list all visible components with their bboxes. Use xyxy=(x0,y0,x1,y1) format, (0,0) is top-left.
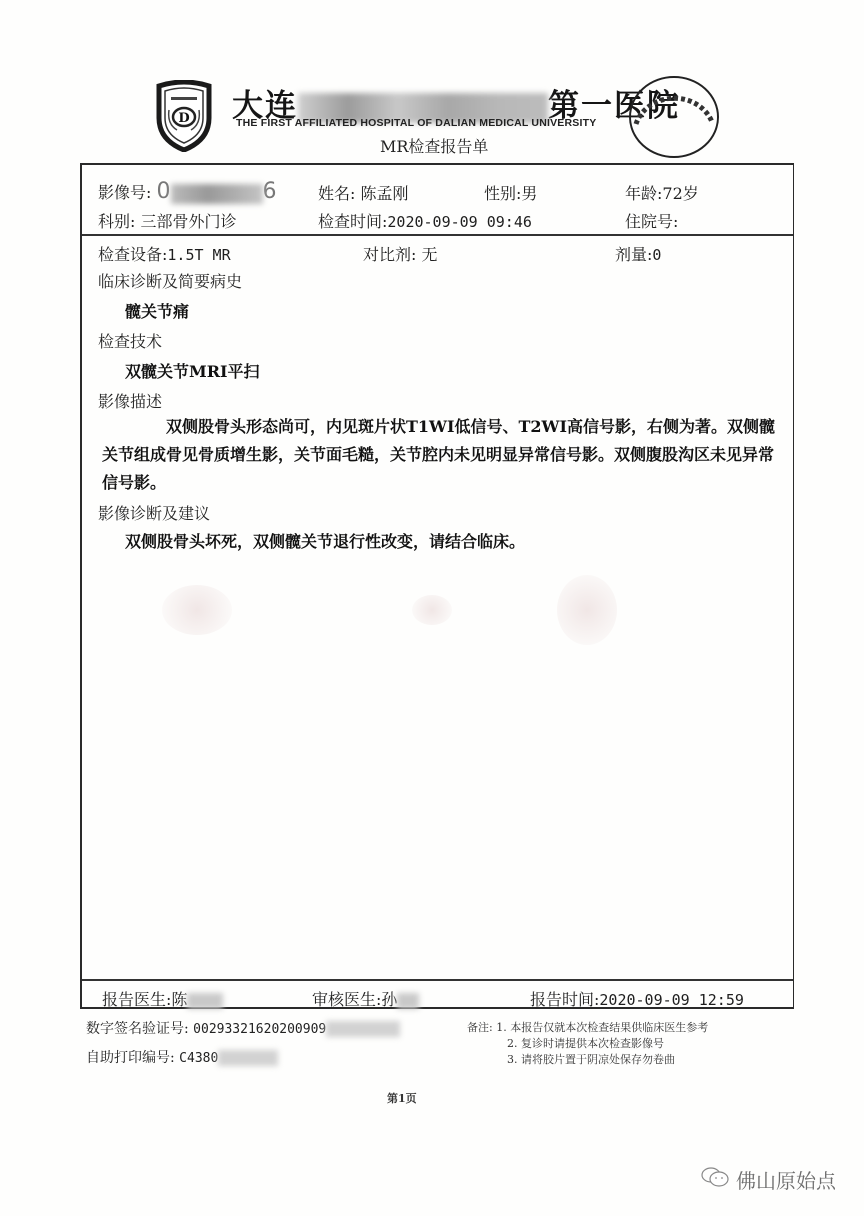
watermark: 佛山原始点 xyxy=(700,1165,836,1194)
signature-label: 数字签名验证号: xyxy=(86,1021,189,1037)
dept-value: 三部骨外门诊 xyxy=(141,212,237,231)
description-title: 影像描述 xyxy=(98,389,162,412)
inpatient-no-label: 住院号: xyxy=(625,212,678,231)
note-row: 2. 复诊时请提供本次检查影像号 xyxy=(467,1036,708,1052)
technique-body: 双髋关节MRI平扫 xyxy=(125,359,260,382)
bleed-through-mark xyxy=(162,585,232,635)
print-visible: C4380 xyxy=(179,1051,218,1066)
reporter-visible: 陈 xyxy=(171,990,187,1009)
redacted-image-no xyxy=(171,184,263,204)
reviewer-label: 审核医生: xyxy=(312,990,381,1009)
redacted-print-no xyxy=(218,1050,278,1066)
inpatient-no-field: 住院号: xyxy=(625,209,678,232)
signature-verification: 数字签名验证号: 00293321620200909 xyxy=(86,1018,400,1038)
report-time-value: 2020-09-09 12:59 xyxy=(599,991,744,1009)
exam-time-field: 检查时间:2020-09-09 09:46 xyxy=(318,209,532,232)
image-no-end: 6 xyxy=(263,179,277,204)
image-no-start: 0 xyxy=(157,179,171,204)
dose-label: 剂量: xyxy=(615,245,652,264)
signature-visible: 00293321620200909 xyxy=(193,1022,326,1037)
page-number: 第1页 xyxy=(387,1090,417,1106)
clinical-history-title: 临床诊断及简要病史 xyxy=(98,269,242,292)
note-item: 2. 复诊时请提供本次检查影像号 xyxy=(507,1037,664,1050)
technique-title: 检查技术 xyxy=(98,329,162,352)
bleed-through-mark xyxy=(412,595,452,625)
redacted-reporter xyxy=(187,993,223,1009)
reviewer-visible: 孙 xyxy=(381,990,397,1009)
image-no-label: 影像号: xyxy=(98,183,151,202)
sex-field: 性别:男 xyxy=(484,181,537,204)
contrast-field: 对比剂: 无 xyxy=(363,242,438,265)
print-label: 自助打印编号: xyxy=(86,1050,175,1066)
device-value: 1.5T MR xyxy=(167,246,230,264)
signoff-divider xyxy=(82,979,793,981)
notes-block: 备注: 1. 本报告仅就本次检查结果供临床医生参考 2. 复诊时请提供本次检查影… xyxy=(467,1020,708,1068)
note-item: 1. 本报告仅就本次检查结果供临床医生参考 xyxy=(496,1021,708,1034)
wechat-icon xyxy=(700,1165,730,1194)
header-divider xyxy=(82,234,793,236)
redacted-signature xyxy=(326,1021,400,1037)
name-field: 姓名: 陈孟刚 xyxy=(318,181,409,204)
patient-name: 陈孟刚 xyxy=(361,184,409,203)
dose-field: 剂量:0 xyxy=(615,242,661,265)
official-seal-icon xyxy=(626,72,722,162)
reporter-label: 报告医生: xyxy=(102,990,171,1009)
sex-label: 性别: xyxy=(484,184,521,203)
device-field: 检查设备:1.5T MR xyxy=(98,242,231,265)
note-item: 3. 请将胶片置于阴凉处保存勿卷曲 xyxy=(507,1053,675,1066)
description-body: 双侧股骨头形态尚可，内见斑片状T1WI低信号、T2WI高信号影，右侧为著。双侧髋… xyxy=(102,413,782,497)
age-label: 年龄: xyxy=(625,184,662,203)
notes-label: 备注: xyxy=(467,1021,493,1034)
report-time-label: 报告时间: xyxy=(530,990,599,1009)
contrast-label: 对比剂: xyxy=(363,245,416,264)
note-row: 3. 请将胶片置于阴凉处保存勿卷曲 xyxy=(467,1052,708,1068)
exam-time-value: 2020-09-09 09:46 xyxy=(387,213,532,231)
svg-text:D: D xyxy=(178,111,189,126)
dose-value: 0 xyxy=(652,246,661,264)
hospital-logo-icon: D xyxy=(155,80,213,152)
watermark-text: 佛山原始点 xyxy=(736,1165,836,1194)
exam-time-label: 检查时间: xyxy=(318,212,387,231)
note-row: 备注: 1. 本报告仅就本次检查结果供临床医生参考 xyxy=(467,1020,708,1036)
name-label: 姓名: xyxy=(318,184,355,203)
dept-field: 科别: 三部骨外门诊 xyxy=(98,209,237,232)
bleed-through-mark xyxy=(557,575,617,645)
report-frame: 影像号: 06 姓名: 陈孟刚 性别:男 年龄:72岁 科别: 三部骨外门诊 检… xyxy=(80,163,794,1009)
print-number: 自助打印编号: C4380 xyxy=(86,1047,278,1067)
patient-sex: 男 xyxy=(521,184,537,203)
age-field: 年龄:72岁 xyxy=(625,181,699,204)
hospital-name-english: THE FIRST AFFILIATED HOSPITAL OF DALIAN … xyxy=(236,117,596,129)
contrast-value: 无 xyxy=(422,245,438,264)
redacted-reviewer xyxy=(397,993,419,1009)
report-title: MR检查报告单 xyxy=(380,134,488,157)
patient-age: 72岁 xyxy=(662,184,698,203)
image-no-field: 影像号: 06 xyxy=(98,179,277,204)
reporter-field: 报告医生:陈 xyxy=(102,987,223,1010)
diagnosis-body: 双侧股骨头坏死，双侧髋关节退行性改变，请结合临床。 xyxy=(125,529,525,552)
device-label: 检查设备: xyxy=(98,245,167,264)
dept-label: 科别: xyxy=(98,212,135,231)
report-time-field: 报告时间:2020-09-09 12:59 xyxy=(530,987,744,1010)
clinical-history-body: 髋关节痛 xyxy=(125,299,189,322)
reviewer-field: 审核医生:孙 xyxy=(312,987,419,1010)
diagnosis-title: 影像诊断及建议 xyxy=(98,501,210,524)
